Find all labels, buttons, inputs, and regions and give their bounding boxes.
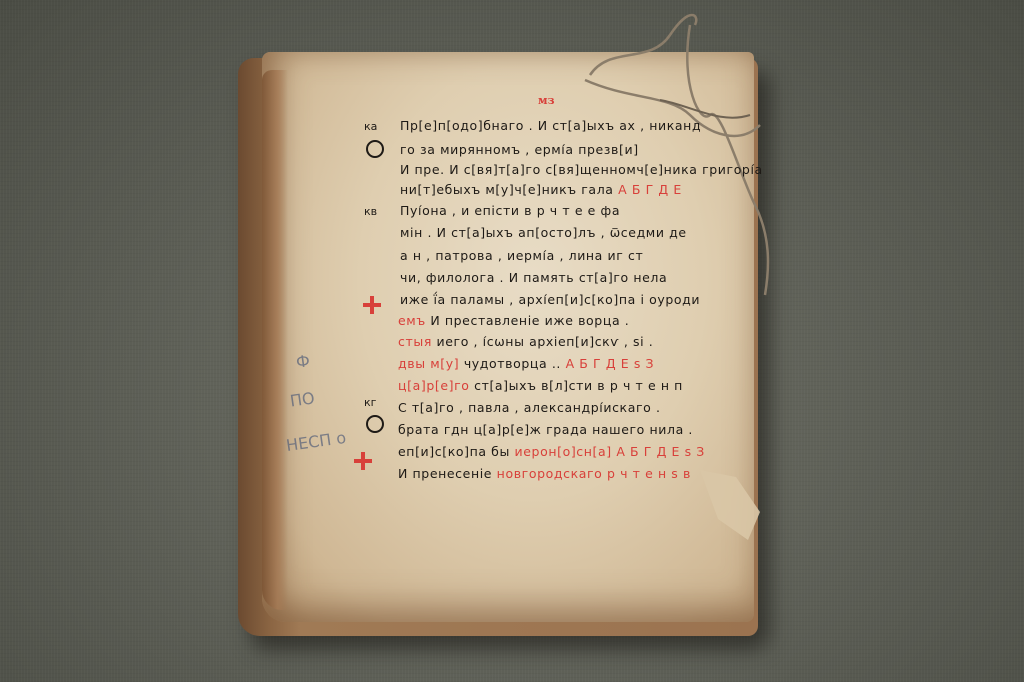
text-line: брата гдн ц[а]р[е]ж града нашего нила .: [398, 422, 693, 437]
pencil-mark: ПО: [289, 388, 316, 410]
red-cross-icon: [363, 296, 381, 314]
text-line: мін . И ст[а]ыхъ ап[осто]лъ , ѿседми де: [400, 225, 687, 240]
margin-number: кг: [364, 396, 376, 409]
red-cross-icon: [354, 452, 372, 470]
margin-number: ка: [364, 120, 377, 133]
margin-number: кв: [364, 205, 377, 218]
text-line: иже ї́а паламы , архі́еп[и]с[ко]па і оур…: [400, 292, 700, 307]
text-line: еп[и]с[ко]па бы иерон[о]сн[а] А Б Г Д Е …: [398, 444, 705, 459]
text-line: стыя иего , і́сѡны архіеп[и]скѵ , ѕі .: [398, 334, 653, 349]
text-line: Пуі́она , и епісти в р ч т е е фа: [400, 203, 620, 218]
text-line: ц[а]р[е]го ст[а]ыхъ в[л]сти в р ч т е н …: [398, 378, 683, 393]
text-line: И пре. И с[вя]т[а]го с[вя]щенномч[е]ника…: [400, 162, 763, 177]
folio-number: мз: [538, 94, 555, 107]
sun-symbol-icon: [366, 140, 384, 158]
pencil-mark: Ф: [295, 351, 311, 372]
text-line: ни[т]ебыхъ м[у]ч[е]никъ гала А Б Г Д Е: [400, 182, 682, 197]
text-line: а н , патрова , иермі́а , лина иг ст: [400, 248, 643, 263]
text-line: С т[а]го , павла , александрі́искаго .: [398, 400, 661, 415]
text-line: И пренесеніе новгородскаго р ч т е н ѕ в: [398, 466, 691, 481]
text-line: двы м[у] чудотворца .. А Б Г Д Е ѕ З: [398, 356, 654, 371]
text-line: чи, филолога . И память ст[а]го нела: [400, 270, 667, 285]
text-line: го за мирянномъ , ермі́а презв[и]: [400, 142, 639, 157]
text-line: Пр[е]п[одо]бнаго . И ст[а]ыхъ ах , никан…: [400, 118, 701, 133]
text-line: емъ И преставленіе иже ворца .: [398, 313, 629, 328]
sun-symbol-icon: [366, 415, 384, 433]
page-edge: [262, 70, 288, 610]
